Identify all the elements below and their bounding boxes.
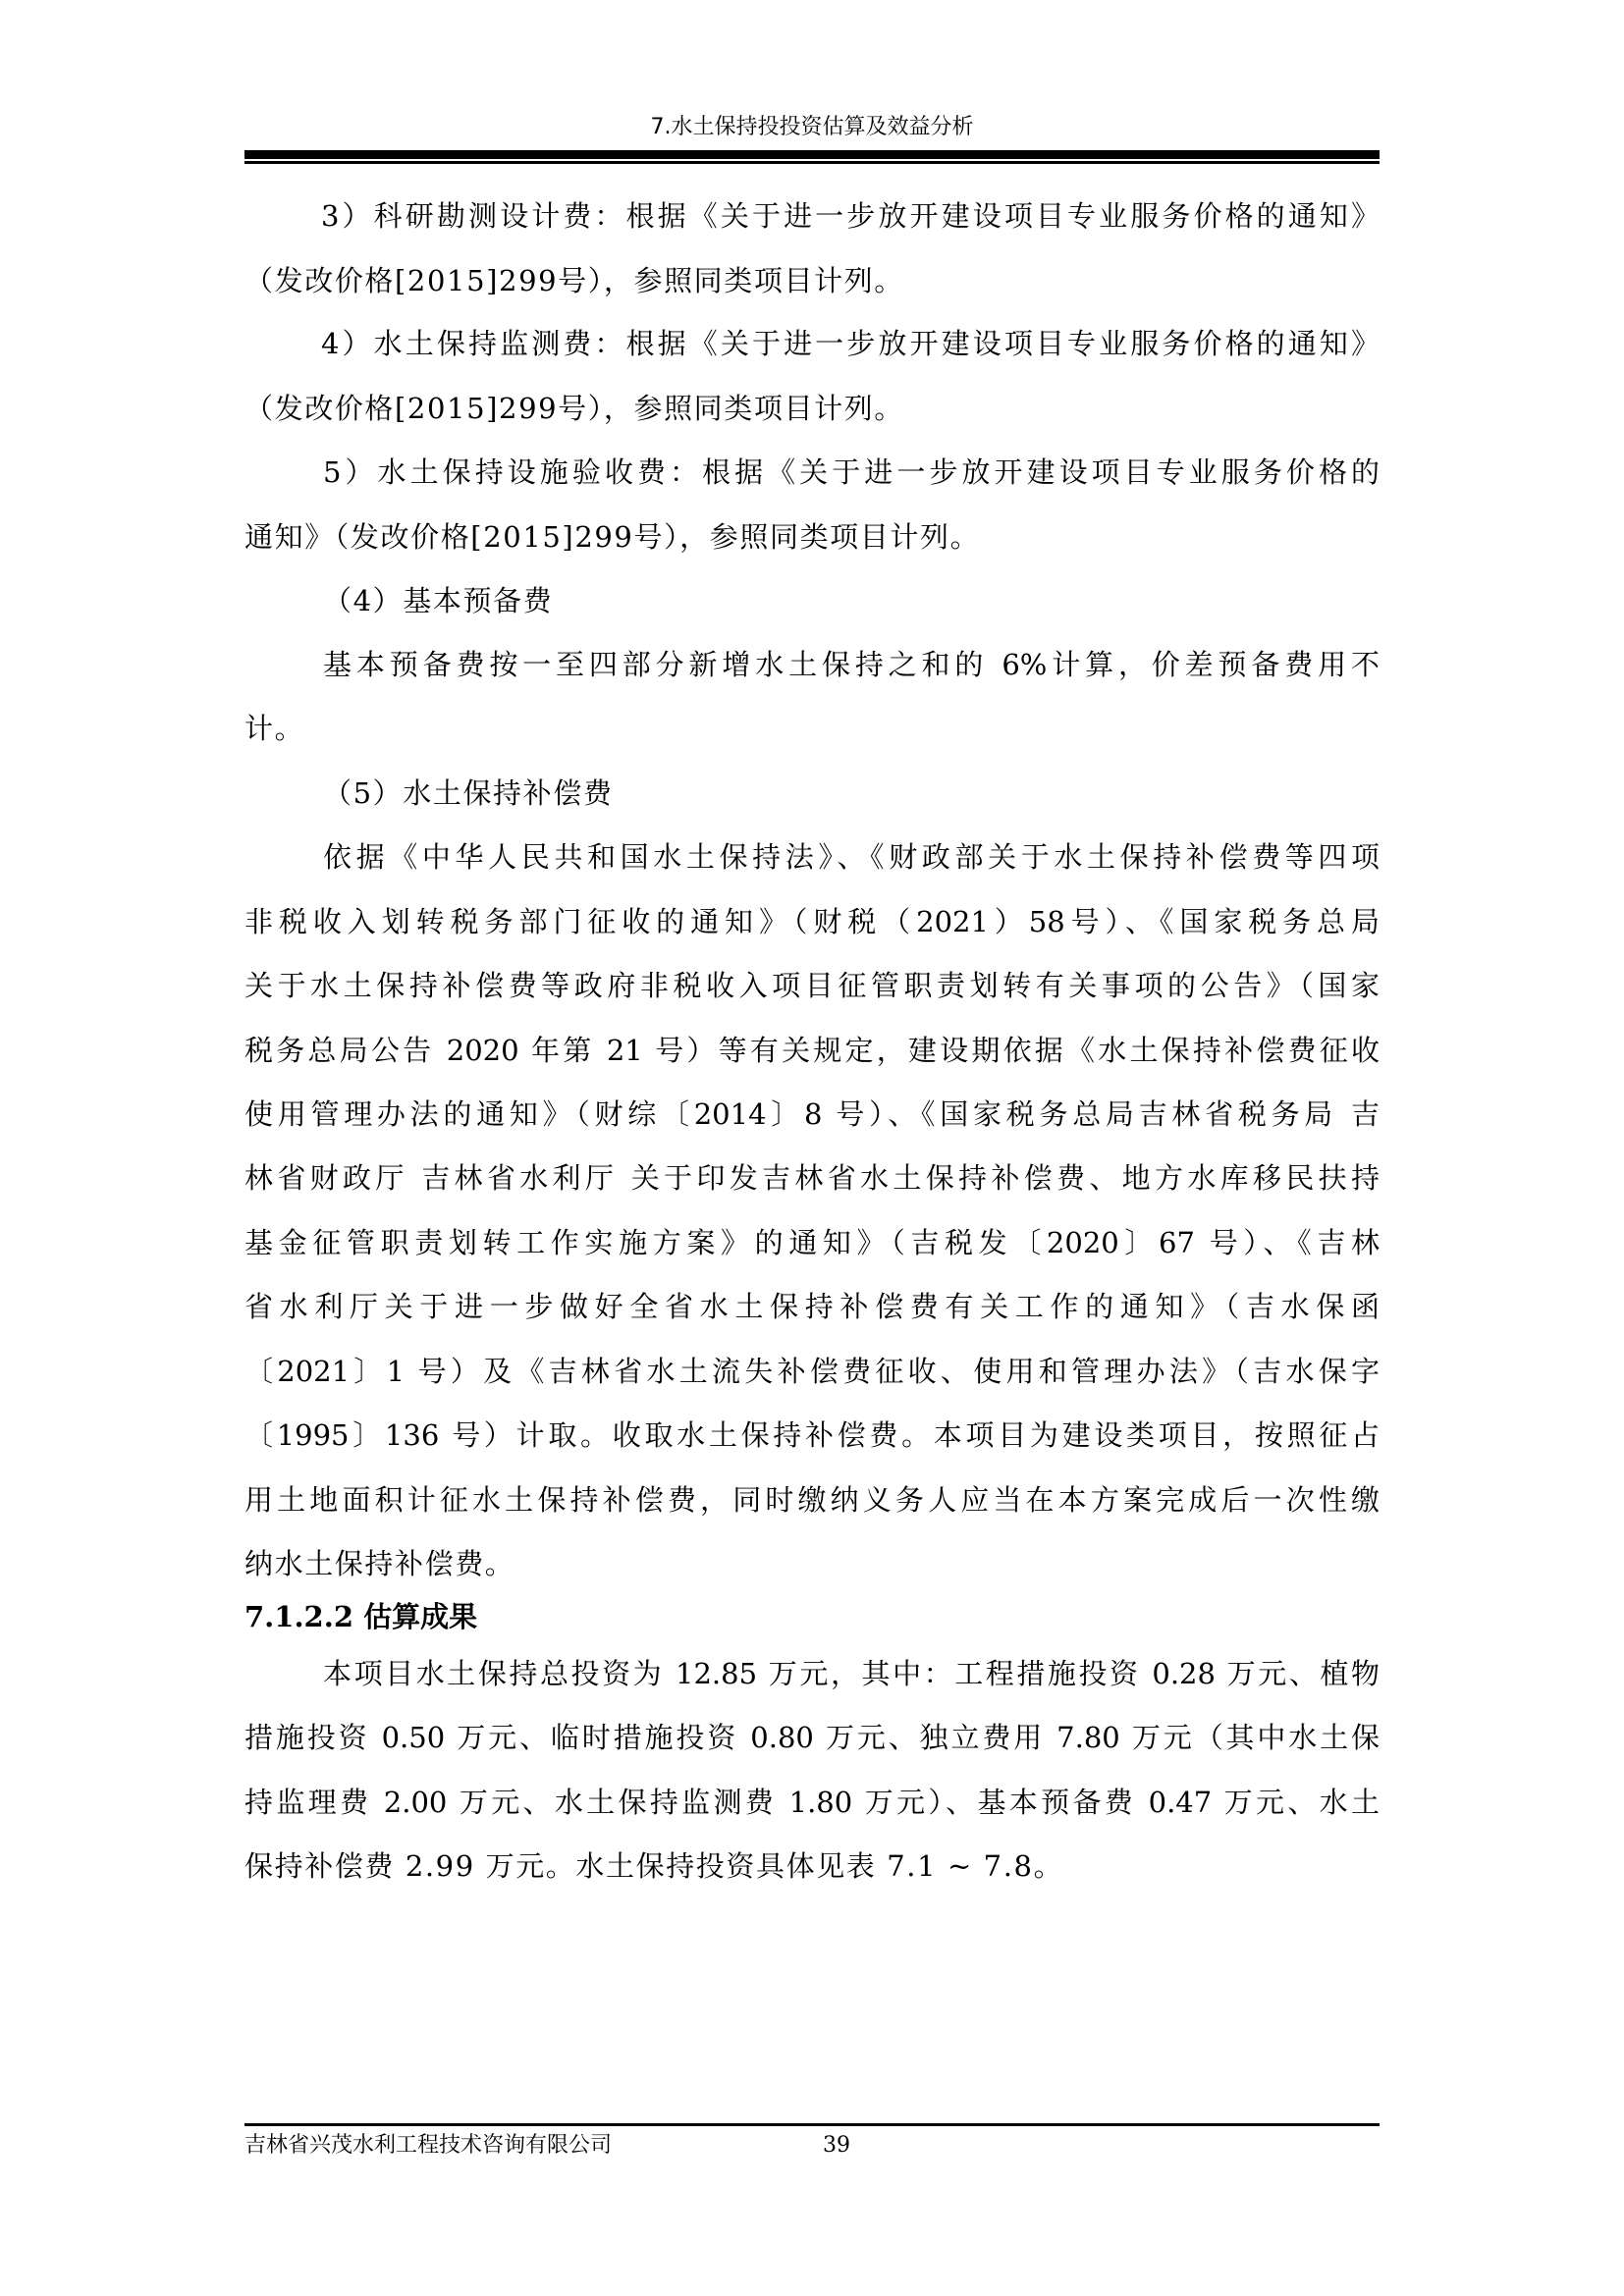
header-rule-thin — [244, 161, 1380, 164]
paragraph-line: 非税收入划转税务部门征收的通知》（财税（2021）58号）、《国家税务总局 — [244, 902, 1380, 941]
footer-company: 吉林省兴茂水利工程技术咨询有限公司 — [244, 2132, 612, 2160]
section-heading: 7.1.2.2 估算成果 — [244, 1597, 1383, 1636]
paragraph-line: 纳水土保持补偿费。 — [244, 1544, 1383, 1583]
paragraph-line: 林省财政厅 吉林省水利厅 关于印发吉林省水土保持补偿费、地方水库移民扶持 — [244, 1158, 1380, 1198]
page-number: 39 — [823, 2132, 850, 2160]
header-title: 7.水土保持投投资估算及效益分析 — [244, 115, 1380, 140]
paragraph-line: 4）水土保持监测费：根据《关于进一步放开建设项目专业服务价格的通知》 — [244, 324, 1380, 363]
result-line: 措施投资 0.50 万元、临时措施投资 0.80 万元、独立费用 7.80 万元… — [244, 1718, 1380, 1757]
footer-rule — [244, 2123, 1380, 2126]
paragraph-line: 3）科研勘测设计费：根据《关于进一步放开建设项目专业服务价格的通知》 — [244, 196, 1380, 236]
paragraph-line: 〔2021〕1 号）及《吉林省水土流失补偿费征收、使用和管理办法》（吉水保字 — [244, 1352, 1380, 1391]
paragraph-line: 用土地面积计征水土保持补偿费，同时缴纳义务人应当在本方案完成后一次性缴 — [244, 1480, 1380, 1520]
paragraph-line: （发改价格[2015]299号），参照同类项目计列。 — [244, 389, 1383, 428]
paragraph-line: 关于水土保持补偿费等政府非税收入项目征管职责划转有关事项的公告》（国家 — [244, 966, 1380, 1005]
paragraph-line: 依据《中华人民共和国水土保持法》、《财政部关于水土保持补偿费等四项 — [244, 837, 1380, 877]
subsection-heading: （4）基本预备费 — [244, 581, 1383, 620]
header-rule-thick — [244, 150, 1380, 159]
paragraph-line: （发改价格[2015]299号），参照同类项目计列。 — [244, 261, 1383, 300]
result-line: 保持补偿费 2.99 万元。水土保持投资具体见表 7.1 ~ 7.8。 — [244, 1846, 1383, 1886]
result-line: 持监理费 2.00 万元、水土保持监测费 1.80 万元）、基本预备费 0.47… — [244, 1783, 1380, 1822]
paragraph-line: 计。 — [244, 709, 1383, 748]
paragraph-line: 使用管理办法的通知》（财综〔2014〕8 号）、《国家税务总局吉林省税务局 吉 — [244, 1095, 1380, 1134]
paragraph-line: 通知》（发改价格[2015]299号），参照同类项目计列。 — [244, 517, 1383, 557]
paragraph-line: 〔1995〕136 号）计取。收取水土保持补偿费。本项目为建设类项目，按照征占 — [244, 1415, 1380, 1455]
result-line: 本项目水土保持总投资为 12.85 万元，其中：工程措施投资 0.28 万元、植… — [244, 1654, 1380, 1693]
subsection-heading: （5）水土保持补偿费 — [244, 774, 1383, 813]
paragraph-line: 税务总局公告 2020 年第 21 号）等有关规定，建设期依据《水土保持补偿费征… — [244, 1031, 1380, 1070]
paragraph-line: 5）水土保持设施验收费：根据《关于进一步放开建设项目专业服务价格的 — [244, 453, 1380, 492]
paragraph-line: 基金征管职责划转工作实施方案》的通知》（吉税发〔2020〕67 号）、《吉林 — [244, 1223, 1380, 1262]
paragraph-line: 基本预备费按一至四部分新增水土保持之和的 6%计算，价差预备费用不 — [244, 645, 1380, 684]
paragraph-line: 省水利厅关于进一步做好全省水土保持补偿费有关工作的通知》（吉水保函 — [244, 1287, 1380, 1326]
